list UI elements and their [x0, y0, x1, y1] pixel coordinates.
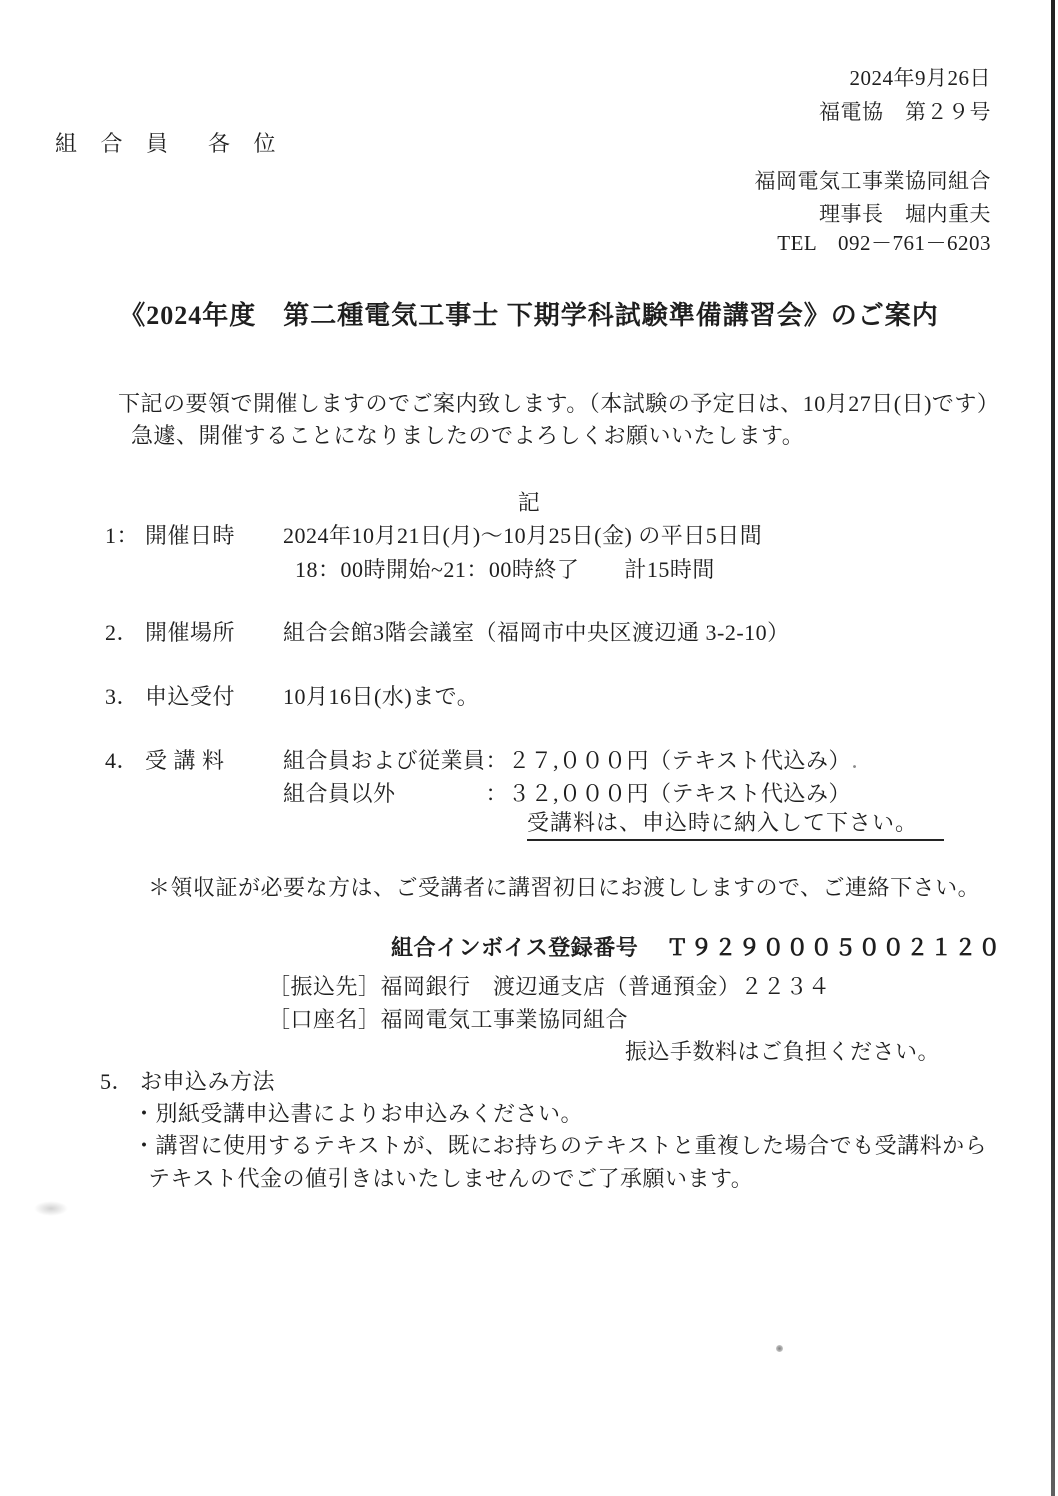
- item-1-no: 1：: [105, 523, 145, 549]
- item-5-row: 5． お申込み方法: [100, 1069, 278, 1095]
- page-title: 《2024年度 第二種電気工事士 下期学科試験準備講習会》のご案内: [0, 300, 1058, 331]
- item-4-label: 受 講 料: [145, 748, 283, 774]
- item-5-no: 5．: [100, 1069, 140, 1095]
- item-1-label: 開催日時: [145, 523, 283, 549]
- document-page: 2024年9月26日 福電協 第２９号 福岡電気工事業協同組合 理事長 堀内重夫…: [0, 0, 1058, 1496]
- receipt-note: ＊領収証が必要な方は、ご受講者に講習初日にお渡ししますので、ご連絡下さい。: [148, 875, 980, 901]
- invoice-label: 組合インボイス登録番号: [391, 935, 638, 960]
- intro-line-1: 下記の要領で開催しますのでご案内致します。（本試験の予定日は、10月27日(日)…: [118, 391, 999, 417]
- sender-tel: TEL 092－761－6203: [777, 231, 991, 256]
- item-4-content-2: 組合員以外 ：３２,０００円（テキスト代込み）: [283, 781, 851, 807]
- item-2-label: 開催場所: [145, 620, 283, 646]
- smudge-artifact: [34, 1201, 68, 1216]
- speck-artifact: [776, 1345, 783, 1352]
- item-5-label: お申込み方法: [140, 1069, 278, 1095]
- scan-edge-artifact: [1051, 0, 1055, 1496]
- sender-title: 理事長 堀内重夫: [819, 202, 991, 227]
- application-bullet-2: ・講習に使用するテキストが、既にお持ちのテキストと重複した場合でも受講料から: [133, 1133, 987, 1159]
- item-2-no: 2．: [105, 620, 145, 646]
- bank-transfer-line: ［振込先］福岡銀行 渡辺通支店（普通預金）２２３４: [268, 974, 831, 1000]
- application-bullet-1: ・別紙受講申込書によりお申込みください。: [133, 1101, 583, 1127]
- item-3-content: 10月16日(水)まで。: [283, 684, 479, 710]
- addressee: 組 合 員 各 位: [55, 131, 285, 157]
- item-3-row: 3． 申込受付 10月16日(水)まで。: [105, 684, 479, 710]
- item-2-row: 2． 開催場所 組合会館3階会議室（福岡市中央区渡辺通 3-2-10）: [105, 620, 790, 646]
- header-date: 2024年9月26日: [850, 66, 992, 91]
- intro-line-2: 急遽、開催することになりましたのでよろしくお願いいたします。: [131, 423, 804, 449]
- item-1-content-2: 18：00時開始~21：00時終了 計15時間: [295, 557, 715, 583]
- item-1-row: 1： 開催日時 2024年10月21日(月)～10月25日(金) の平日5日間: [105, 523, 762, 549]
- payment-underline-note: 受講料は、申込時に納入して下さい。: [527, 810, 944, 841]
- item-4-content-trailing-dot: ．: [851, 748, 874, 774]
- item-1-content: 2024年10月21日(月)～10月25日(金) の平日5日間: [283, 523, 762, 549]
- item-3-no: 3．: [105, 684, 145, 710]
- invoice-number: Ｔ９２９０００５００２１２０: [666, 935, 1002, 960]
- item-4-no: 4．: [105, 748, 145, 774]
- account-name-line: ［口座名］福岡電気工事業協同組合: [268, 1007, 628, 1033]
- item-4-content: 組合員および従業員：２７,０００円（テキスト代込み）: [283, 748, 851, 774]
- sender-org: 福岡電気工事業協同組合: [755, 169, 992, 194]
- header-doc-number: 福電協 第２９号: [819, 100, 991, 125]
- item-3-label: 申込受付: [145, 684, 283, 710]
- item-4-row: 4． 受 講 料 組合員および従業員：２７,０００円（テキスト代込み） ．: [105, 748, 874, 774]
- application-bullet-2-cont: テキスト代金の値引きはいたしませんのでご了承願います。: [148, 1166, 753, 1192]
- transfer-fee-note: 振込手数料はご負担ください。: [625, 1039, 940, 1065]
- item-2-content: 組合会館3階会議室（福岡市中央区渡辺通 3-2-10）: [283, 620, 790, 646]
- ki-marker: 記: [0, 490, 1058, 516]
